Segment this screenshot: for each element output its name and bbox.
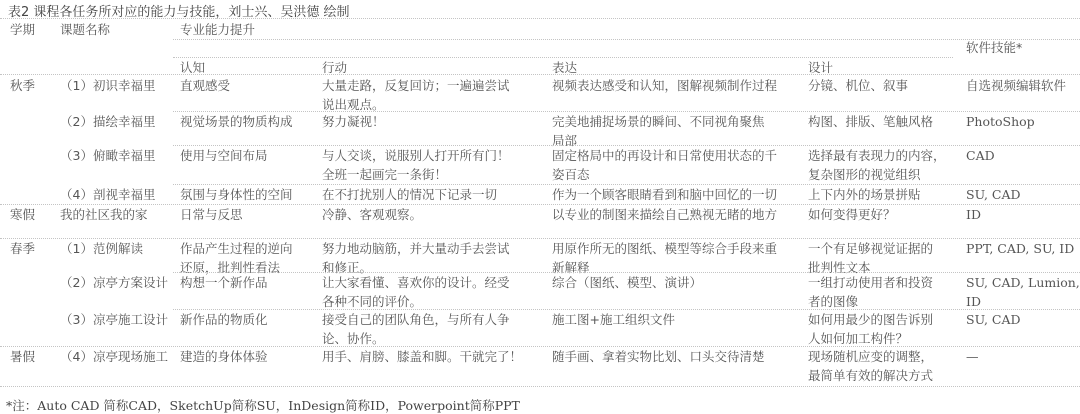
software-cell: SU, CAD [966, 185, 1021, 205]
header-group-rule [173, 39, 1080, 40]
design-cell: 构图、排版、笔触风格 [808, 112, 933, 132]
software-cell: SU, CAD [966, 310, 1021, 330]
action-cell: 与人交谈，说服别人打开所有门！ [322, 146, 510, 166]
software-cell: 自选视频编辑软件 [966, 76, 1066, 96]
design-cell: 选择最有表现力的内容， [808, 146, 946, 166]
semester-cell: 暑假 [10, 347, 35, 367]
header-software: 软件技能* [966, 38, 1022, 58]
cognition-cell: 直观感受 [180, 76, 230, 96]
expression-cell: 视频表达感受和认知，图解视频制作过程 [552, 76, 777, 96]
header-expression: 表达 [552, 58, 577, 78]
action-cell: 全班一起画完一条街！ [322, 165, 447, 185]
course-name-cell: （1）范例解读 [60, 239, 143, 259]
design-cell: 分镜、机位、叙事 [808, 76, 908, 96]
course-name-cell: 我的社区我的家 [60, 205, 148, 225]
design-cell: 如何变得更好？ [808, 205, 896, 225]
cognition-cell: 日常与反思 [180, 205, 243, 225]
cognition-cell: 作品产生过程的逆向 [180, 239, 293, 259]
cognition-cell: 视觉场景的物质构成 [180, 112, 293, 132]
software-cell: ID [966, 205, 981, 225]
cognition-cell: 氛围与身体性的空间 [180, 185, 293, 205]
expression-cell: 作为一个顾客眼睛看到和脑中回忆的一切 [552, 185, 777, 205]
footnote: *注：Auto CAD 简称CAD，SketchUp简称SU，InDesign简… [6, 396, 520, 414]
action-cell: 在不打扰别人的情况下记录一切 [322, 185, 497, 205]
action-cell: 努力地动脑筋，并大量动手去尝试 [322, 239, 510, 259]
course-name-cell: （2）凉亭方案设计 [60, 273, 168, 293]
header-ability-group: 专业能力提升 [180, 20, 255, 40]
semester-cell: 秋季 [10, 76, 35, 96]
expression-cell: 用原作所无的图纸、模型等综合手段来重 [552, 239, 777, 259]
course-name-cell: （2）描绘幸福里 [60, 112, 155, 132]
design-cell: 一个有足够视觉证据的 [808, 239, 933, 259]
course-name-cell: （3）凉亭施工设计 [60, 310, 168, 330]
table-bottom-rule [0, 386, 1080, 387]
expression-cell: 固定格局中的再设计和日常使用状态的千 [552, 146, 777, 166]
expression-cell: 随手画、拿着实物比划、口头交待清楚 [552, 347, 765, 367]
header-action: 行动 [322, 58, 347, 78]
expression-cell: 施工图+施工组织文件 [552, 310, 675, 330]
expression-cell: 完美地捕捉场景的瞬间、不同视角聚焦 [552, 112, 765, 132]
software-cell: — [966, 347, 979, 367]
design-cell: 上下内外的场景拼贴 [808, 185, 921, 205]
cognition-cell: 构想一个新作品 [180, 273, 268, 293]
row-separator [0, 204, 1080, 205]
action-cell: 努力凝视！ [322, 112, 385, 132]
design-cell: 现场随机应变的调整， [808, 347, 933, 367]
software-cell: SU, CAD, Lumion, [966, 273, 1080, 293]
course-name-cell: （1）初识幸福里 [60, 76, 155, 96]
software-cell: PhotoShop [966, 112, 1035, 132]
expression-cell: 以专业的制图来描绘自己熟视无睹的地方 [552, 205, 777, 225]
action-cell: 大量走路，反复回访；一遍遍尝试 [322, 76, 510, 96]
design-cell: 一组打动使用者和投资 [808, 273, 933, 293]
cognition-cell: 建造的身体体验 [180, 347, 268, 367]
action-cell: 冷静、客观观察。 [322, 205, 422, 225]
design-cell: 最简单有效的解决方式 [808, 366, 933, 386]
semester-cell: 春季 [10, 239, 35, 259]
action-cell: 接受自己的团队角色，与所有人争 [322, 310, 510, 330]
cognition-cell: 新作品的物质化 [180, 310, 268, 330]
design-cell: 复杂图形的视觉组织 [808, 165, 921, 185]
header-bottom-rule [0, 74, 1080, 75]
action-cell: 让大家看懂、喜欢你的设计。经受 [322, 273, 510, 293]
header-design: 设计 [808, 58, 833, 78]
design-cell: 如何用最少的图告诉别 [808, 310, 933, 330]
software-cell: CAD [966, 146, 995, 166]
semester-cell: 寒假 [10, 205, 35, 225]
expression-cell: 综合（图纸、模型、演讲） [552, 273, 702, 293]
cognition-cell: 使用与空间布局 [180, 146, 268, 166]
header-semester: 学期 [10, 20, 35, 40]
table-top-rule [0, 18, 1080, 19]
course-name-cell: （3）俯瞰幸福里 [60, 146, 155, 166]
header-cognition: 认知 [180, 58, 205, 78]
course-name-cell: （4）剖视幸福里 [60, 185, 155, 205]
course-name-cell: （4）凉亭现场施工 [60, 347, 168, 367]
software-cell: PPT, CAD, SU, ID [966, 239, 1074, 259]
header-course-name: 课题名称 [60, 20, 110, 40]
action-cell: 用手、肩膀、膝盖和脚。干就完了！ [322, 347, 522, 367]
expression-cell: 姿百态 [552, 165, 590, 185]
